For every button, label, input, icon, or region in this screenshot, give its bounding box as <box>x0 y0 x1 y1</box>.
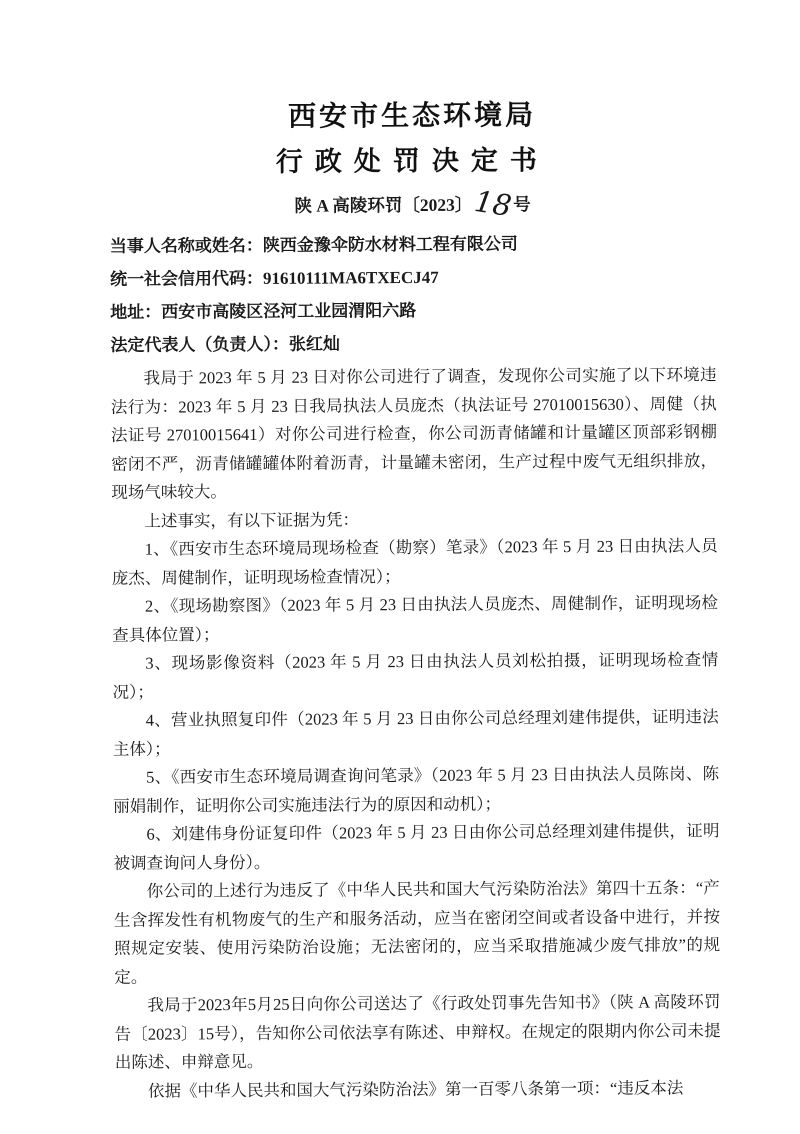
doc-number: 陕 A 高陵环罚〔2023〕18号 <box>109 188 715 222</box>
party-row-legal-representative: 法定代表人（负责人）：张红灿 <box>110 325 716 362</box>
body-paragraph-evidence-2: 2、《现场勘察图》（2023 年 5 月 23 日由执法人员庞杰、周健制作，证明… <box>112 589 718 650</box>
doc-number-suffix: 号 <box>513 194 531 214</box>
party-info-block: 当事人名称或姓名：陕西金豫伞防水材料工程有限公司 统一社会信用代码：916101… <box>110 226 717 362</box>
body-paragraph-evidence-5: 5、《西安市生态环境局调查询问笔录》（2023 年 5 月 23 日由执法人员陈… <box>113 760 719 821</box>
party-value: 张红灿 <box>289 334 340 353</box>
doc-number-prefix: 陕 A 高陵环罚〔2023〕 <box>294 195 472 216</box>
party-row-address: 地址：西安市高陵区泾河工业园渭阳六路 <box>110 292 716 329</box>
body-paragraph-evidence-1: 1、《西安市生态环境局现场检查（勘察）笔录》（2023 年 5 月 23 日由执… <box>112 532 718 593</box>
document-body: 我局于 2023 年 5 月 23 日对你公司进行了调查，发现你公司实施了以下环… <box>111 361 722 1106</box>
party-row-name: 当事人名称或姓名：陕西金豫伞防水材料工程有限公司 <box>110 226 716 263</box>
party-label: 当事人名称或姓名： <box>110 236 263 256</box>
party-label: 统一社会信用代码： <box>110 269 263 289</box>
body-paragraph-law-violated: 你公司的上述行为违反了《中华人民共和国大气污染防治法》第四十五条：“产生含挥发性… <box>114 874 721 992</box>
party-label: 法定代表人（负责人）： <box>110 335 289 355</box>
body-paragraph-investigation: 我局于 2023 年 5 月 23 日对你公司进行了调查，发现你公司实施了以下环… <box>111 361 718 507</box>
document-title: 行政处罚决定书 <box>109 138 715 184</box>
party-value: 陕西金豫伞防水材料工程有限公司 <box>263 234 518 255</box>
body-paragraph-evidence-6: 6、刘建伟身份证复印件（2023 年 5 月 23 日由你公司总经理刘建伟提供，… <box>113 817 719 878</box>
party-row-credit-code: 统一社会信用代码：91610111MA6TXECJ47 <box>110 259 716 296</box>
agency-title: 西安市生态环境局 <box>109 96 715 138</box>
body-paragraph-evidence-3: 3、现场影像资料（2023 年 5 月 23 日由执法人员刘松拍摄，证明现场检查… <box>112 646 718 707</box>
body-paragraph-prior-notice: 我局于2023年5月25日向你公司送达了《行政处罚事先告知书》（陕 A 高陵环罚… <box>114 988 721 1077</box>
body-paragraph-evidence-4: 4、营业执照复印件（2023 年 5 月 23 日由你公司总经理刘建伟提供，证明… <box>113 703 719 764</box>
party-label: 地址： <box>110 303 161 322</box>
scanned-document-page: 西安市生态环境局 行政处罚决定书 陕 A 高陵环罚〔2023〕18号 当事人名称… <box>0 0 800 1134</box>
body-paragraph-legal-basis: 依据《中华人民共和国大气污染防治法》第一百零八条第一项：“违反本法 <box>115 1074 721 1106</box>
party-value: 西安市高陵区泾河工业园渭阳六路 <box>161 301 416 322</box>
document-content: 西安市生态环境局 行政处罚决定书 陕 A 高陵环罚〔2023〕18号 当事人名称… <box>109 96 721 1106</box>
handwritten-case-number: 18 <box>473 200 513 206</box>
party-value: 91610111MA6TXECJ47 <box>263 268 439 288</box>
body-paragraph-evidence-intro: 上述事实，有以下证据为凭： <box>111 504 717 536</box>
